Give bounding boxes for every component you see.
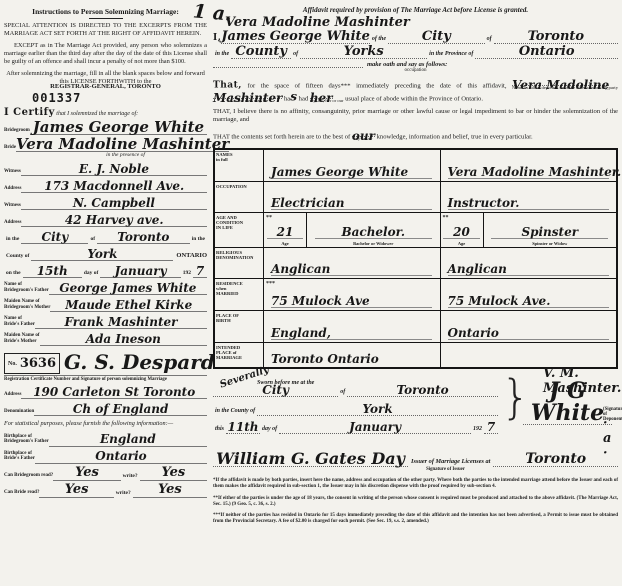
field-birthplace-groom-father: Birthplace of Bridegroom's Father Englan…: [4, 430, 207, 447]
county-word: County: [231, 46, 291, 59]
that-3-tail: knowledge, information and belief, true …: [377, 134, 533, 141]
no-label: No.: [8, 361, 17, 367]
age-footnote-ref: **: [266, 215, 272, 221]
bride-mother-name: Ada Ineson: [40, 334, 207, 346]
field-bridegroom: Bridegroom James George White: [4, 118, 207, 135]
her-caption: my, his, her or our: [310, 99, 344, 104]
other-party-name: Vera Madoline Mashinter: [225, 16, 618, 29]
deponent-name: James George White: [221, 31, 370, 44]
residence-bride-cell: 75 Mulock Ave.: [441, 279, 617, 310]
of-label: of: [88, 236, 97, 244]
occupation-groom: Electrician: [271, 197, 432, 210]
can-bride-read-label: Can Bride read?: [4, 490, 39, 498]
solemnizer-signature: G. S. Despard: [64, 350, 215, 374]
field-witness-2-address: Address 42 Harvey ave.: [4, 210, 207, 227]
our-caption: my or our: [352, 137, 375, 142]
occupation-blank: [213, 67, 363, 68]
bridegroom-mother-label: Maiden Name of Bridegroom's Mother: [4, 299, 50, 312]
names-groom-cell: James George White: [264, 150, 441, 181]
intended-place-groom-cell: Toronto Ontario: [264, 343, 441, 367]
sworn-month: January: [279, 422, 471, 434]
table-row-religion: RELIGIOUS DENOMINATION Anglican Anglican: [215, 248, 616, 279]
birthplace-bride-father-value: Ontario: [35, 451, 207, 463]
certify-line: I Certify that I solemnized the marriage…: [4, 107, 207, 118]
occupation-bride: Instructor.: [448, 197, 609, 210]
deponent-signature: J G White: [523, 380, 612, 425]
this-label: this: [213, 426, 226, 434]
registration-caption: Registration Certificate Number and Sign…: [4, 375, 207, 382]
religion-bride: Anglican: [448, 263, 609, 276]
bride-write-value: Yes: [133, 484, 207, 497]
instructions-title: Instructions to Person Solemnizing Marri…: [4, 7, 207, 16]
marriage-month: January: [100, 266, 180, 278]
table-row-age: AGE AND CONDITION IN LIFE ** 21 Age Bach…: [215, 213, 616, 248]
groom-condition-caption: Bachelor or Widower: [307, 241, 440, 246]
sworn-place: Toronto: [347, 385, 498, 397]
affidavit-header: Affidavit required by provision of The M…: [213, 6, 618, 14]
age-groom-subrow: ** 21 Age Bachelor. Bachelor or Widower: [264, 213, 440, 247]
bridegroom-name: James George White: [30, 120, 207, 135]
birthplace-bride-father-label: Birthplace of Bride's Father: [4, 451, 35, 464]
of-label-2: of: [485, 36, 494, 44]
sworn-day: 11th: [226, 422, 260, 434]
that-1-tail: usual place of abode within the Province…: [345, 95, 483, 102]
county-name: York: [31, 249, 173, 261]
religion-bride-cell: Anglican: [441, 248, 617, 278]
birthplace-groom: England,: [271, 327, 432, 340]
registration-number-box: No. 3636: [4, 353, 60, 374]
that-1-surname-wrap: Mashinteror as the case may be: [213, 91, 282, 104]
age-header: AGE AND CONDITION IN LIFE: [215, 213, 264, 247]
sworn-county-line: in the County of York: [213, 404, 498, 416]
occupation-line: make oath and say as follows:: [213, 61, 618, 68]
bride-father-name: Frank Mashinter: [35, 317, 207, 329]
field-witness-1: Witness E. J. Noble: [4, 159, 207, 176]
field-witness-2: Witness N. Campbell: [4, 193, 207, 210]
field-can-bridegroom-read: Can Bridegroom read? Yes write? Yes: [4, 464, 207, 481]
deponent-line-1: I, James George White of the City of Tor…: [213, 29, 618, 44]
age-bride-cell: ** 20 Age Spinster Spinster or Widow: [441, 213, 617, 247]
bride-read-value: Yes: [39, 484, 113, 497]
year-prefix: 192: [181, 270, 193, 278]
that-paragraph-1: That, for the space of fifteen days*** i…: [213, 78, 618, 103]
deponent-line-2: in the County of Yorks in the Province o…: [213, 44, 618, 59]
age-bride-cond-cell: Spinster Spinster or Widow: [484, 213, 617, 247]
address-2-value: 42 Harvey ave.: [21, 215, 207, 227]
registrar-general-line: REGISTRAR-GENERAL, TORONTO: [4, 83, 207, 90]
of-the-label: of the: [370, 36, 388, 44]
instructions-para-2: EXCEPT as in The Marriage Act provided, …: [4, 42, 207, 66]
province-of-label: in the Province of: [427, 51, 475, 59]
bridegroom-write-value: Yes: [140, 467, 207, 480]
presence-label: in the presence of: [44, 152, 207, 158]
on-the-label: on the: [4, 270, 23, 278]
issuer-line: William G. Gates Day Issuer of Marriage …: [213, 452, 618, 467]
instructions-column: Instructions to Person Solemnizing Marri…: [4, 5, 207, 498]
issuer-signature: William G. Gates Day: [213, 452, 408, 467]
address-1-value: 173 Macdonnell Ave.: [21, 181, 207, 193]
in-the-label: in the: [4, 236, 21, 244]
deponent-county: Yorks: [300, 46, 427, 59]
oath-text: make oath and say as follows:: [363, 61, 447, 68]
birthplace-header: PLACE OF BIRTH: [215, 311, 264, 342]
field-bride: Bride Vera Madoline Mashinter: [4, 135, 207, 152]
birthplace-groom-cell: England,: [264, 311, 441, 342]
field-birthplace-bride-father: Birthplace of Bride's Father Ontario: [4, 447, 207, 464]
signature-flourish: · a ·: [603, 416, 618, 461]
residence-groom-cell: *** 75 Mulock Ave: [264, 279, 441, 310]
table-row-residence: RESIDENCE when MARRIED *** 75 Mulock Ave…: [215, 279, 616, 311]
sworn-date-line: this 11th day of January 192 7: [213, 422, 498, 434]
footnote-2: **If either of the parties is under the …: [213, 496, 618, 508]
residence-bride: 75 Mulock Ave.: [448, 295, 609, 308]
her-wrap: hermy, his, her or our: [310, 91, 344, 104]
issuer-place: Toronto: [493, 453, 618, 467]
sworn-of-label: of: [338, 389, 347, 397]
residence-footnote-ref: ***: [266, 281, 275, 287]
in-the-label-r: in the: [213, 51, 231, 59]
groom-age: 21: [267, 226, 304, 239]
affidavit-column: Affidavit required by provision of The M…: [213, 2, 618, 530]
field-solemnizer-address: Address 190 Carleton St Toronto: [4, 382, 207, 399]
age-bride-subrow: ** 20 Age Spinster Spinster or Widow: [441, 213, 617, 247]
names-bride-cell: Vera Madoline Mashinter.: [441, 150, 617, 181]
field-municipality: in the City of Toronto in the: [4, 227, 207, 244]
field-date: on the 15th day of January 192 7: [4, 261, 207, 278]
field-can-bride-read: Can Bride read? Yes write? Yes: [4, 481, 207, 498]
sworn-county-label: in the County of: [213, 408, 257, 416]
field-witness-1-address: Address 173 Macdonnell Ave.: [4, 176, 207, 193]
religion-groom: Anglican: [271, 263, 432, 276]
age-groom-age-cell: ** 21 Age: [264, 213, 307, 247]
municipality-name: Toronto: [97, 232, 190, 244]
day-of-label: day of: [82, 270, 101, 278]
certify-word: I Certify: [4, 107, 55, 118]
table-row-intended-place: INTENDED PLACE of MARRIAGE Toronto Ontar…: [215, 343, 616, 367]
issuer-label: Issuer of Marriage Licenses at: [408, 458, 493, 467]
bridegroom-father-label: Name of Bridegroom's Father: [4, 282, 49, 295]
names-bride: Vera Madoline Mashinter.: [448, 166, 609, 179]
that-paragraph-2: THAT, I believe there is no affinity, co…: [213, 108, 618, 124]
municipality-type: City: [21, 232, 88, 244]
sworn-day-of-label: day of: [260, 426, 279, 434]
that-1-name-wrap: Vera MadolineName in full of deponent or…: [512, 78, 618, 91]
table-row-occupation: OCCUPATION Electrician Instructor.: [215, 182, 616, 213]
occupation-header: OCCUPATION: [215, 182, 264, 212]
bride-age: 20: [443, 226, 480, 239]
marriage-day: 15th: [23, 266, 82, 278]
registration-row: No. 3636 G. S. Despard: [4, 350, 207, 374]
table-row-names: NAMES in full James George White Vera Ma…: [215, 150, 616, 182]
intended-place-bride-cell: [441, 343, 617, 367]
bride-father-label: Name of Bride's Father: [4, 316, 35, 329]
that-3-lead: THAT the contents set forth herein are t…: [213, 134, 350, 141]
bride-label: Bride: [4, 145, 16, 153]
solemnizer-address-value: 190 Carleton St Toronto: [21, 387, 207, 399]
bride-write-label: write?: [114, 490, 133, 498]
age-bride-age-cell: ** 20 Age: [441, 213, 484, 247]
that-paragraph-3: THAT the contents set forth herein are t…: [213, 129, 618, 142]
marriage-license-document: 1 a. Instructions to Person Solemnizing …: [0, 0, 622, 586]
instructions-para-1: SPECIAL ATTENTION IS DIRECTED TO THE EXC…: [4, 22, 207, 38]
address-2-label: Address: [4, 220, 21, 228]
bride-mother-label: Maiden Name of Bride's Mother: [4, 333, 40, 346]
sworn-place-line: City of Toronto: [213, 385, 498, 397]
field-bridegroom-mother: Maiden Name of Bridegroom's Mother Maude…: [4, 295, 207, 312]
name-caption: Name in full of deponent or of the other…: [512, 86, 618, 91]
certify-rest: that I solemnized the marriage of:: [56, 111, 138, 117]
witness-1-value: E. J. Noble: [21, 164, 207, 176]
intended-place-header: INTENDED PLACE of MARRIAGE: [215, 343, 264, 367]
address-1-label: Address: [4, 186, 21, 194]
witness-1-label: Witness: [4, 169, 21, 177]
birthplace-bride: Ontario: [448, 327, 609, 340]
occupation-bride-cell: Instructor.: [441, 182, 617, 212]
of-label-3: of: [291, 51, 300, 59]
denomination-value: Ch of England: [34, 404, 207, 416]
bride-condition: Spinster: [491, 226, 608, 239]
can-bridegroom-read-label: Can Bridegroom read?: [4, 473, 53, 481]
occupation-groom-cell: Electrician: [264, 182, 441, 212]
in-the-label-2: in the: [190, 236, 207, 244]
field-bride-mother: Maiden Name of Bride's Mother Ada Ineson: [4, 329, 207, 346]
that-word: That,: [213, 81, 242, 91]
bride-condition-caption: Spinster or Widow: [484, 241, 617, 246]
bridegroom-read-value: Yes: [53, 467, 120, 480]
sworn-municipality-type: City: [213, 385, 338, 397]
religion-header: RELIGIOUS DENOMINATION: [215, 248, 264, 278]
particulars-table: NAMES in full James George White Vera Ma…: [213, 148, 618, 369]
field-bridegroom-father: Name of Bridegroom's Father George James…: [4, 278, 207, 295]
bridegroom-father-name: George James White: [49, 283, 207, 295]
table-row-birthplace: PLACE OF BIRTH England, Ontario: [215, 311, 616, 343]
field-denomination: Denomination Ch of England: [4, 399, 207, 416]
had-label: had: [299, 95, 309, 102]
issuer-signature-caption: Signature of Issuer: [273, 467, 618, 472]
bridegroom-write-label: write?: [121, 473, 140, 481]
sworn-year-prefix: 192: [471, 426, 484, 434]
deponent-municipality-type: City: [388, 31, 485, 44]
occupation-caption: occupation: [213, 68, 618, 73]
groom-condition: Bachelor.: [315, 226, 432, 239]
field-bride-father: Name of Bride's Father Frank Mashinter: [4, 312, 207, 329]
sworn-county: York: [257, 404, 498, 416]
religion-groom-cell: Anglican: [264, 248, 441, 278]
county-of-label: County of: [4, 253, 31, 261]
bride-name: Vera Madoline Mashinter: [16, 137, 229, 152]
license-serial-number: 001337: [32, 91, 207, 105]
age-footnote-ref-2: **: [443, 215, 449, 221]
jurat-block: Severally Sworn before me at the City of…: [213, 372, 618, 450]
age-groom-cell: ** 21 Age Bachelor. Bachelor or Widower: [264, 213, 441, 247]
bride-age-caption: Age: [441, 241, 483, 246]
statistical-intro: For statistical purposes, please furnish…: [4, 420, 207, 428]
registration-number: 3636: [20, 356, 56, 371]
deponent-province: Ontario: [475, 46, 618, 59]
that-1-body: for the space of fifteen days*** immedia…: [247, 83, 506, 90]
bridegroom-mother-name: Maude Ethel Kirke: [50, 300, 207, 312]
marriage-year-digit: 7: [193, 266, 207, 278]
deponent-municipality: Toronto: [494, 31, 618, 44]
footnote-1: *If the affidavit is made by both partie…: [213, 478, 618, 490]
witness-2-value: N. Campbell: [21, 198, 207, 210]
groom-age-caption: Age: [264, 241, 306, 246]
residence-header: RESIDENCE when MARRIED: [215, 279, 264, 310]
solemnizer-address-label: Address: [4, 392, 21, 400]
witness-2-label: Witness: [4, 203, 21, 211]
field-county: County of York ONTARIO: [4, 244, 207, 261]
ha-s: s: [290, 89, 297, 103]
province-label: ONTARIO: [173, 252, 207, 261]
names-header: NAMES in full: [215, 150, 264, 181]
our-wrap: ourmy or our: [352, 129, 375, 142]
footnote-3: ***If neither of the parties has resided…: [213, 513, 618, 525]
sworn-year-digit: 7: [484, 422, 498, 434]
title-rule: [89, 18, 123, 19]
bridegroom-label: Bridegroom: [4, 128, 30, 136]
intended-place-value: Toronto Ontario: [271, 353, 432, 365]
birthplace-groom-father-value: England: [49, 434, 207, 446]
residence-groom: 75 Mulock Ave: [271, 295, 432, 308]
names-groom: James George White: [271, 166, 432, 179]
birthplace-bride-cell: Ontario: [441, 311, 617, 342]
age-groom-cond-cell: Bachelor. Bachelor or Widower: [307, 213, 440, 247]
birthplace-groom-father-label: Birthplace of Bridegroom's Father: [4, 434, 49, 447]
denomination-label: Denomination: [4, 409, 34, 417]
